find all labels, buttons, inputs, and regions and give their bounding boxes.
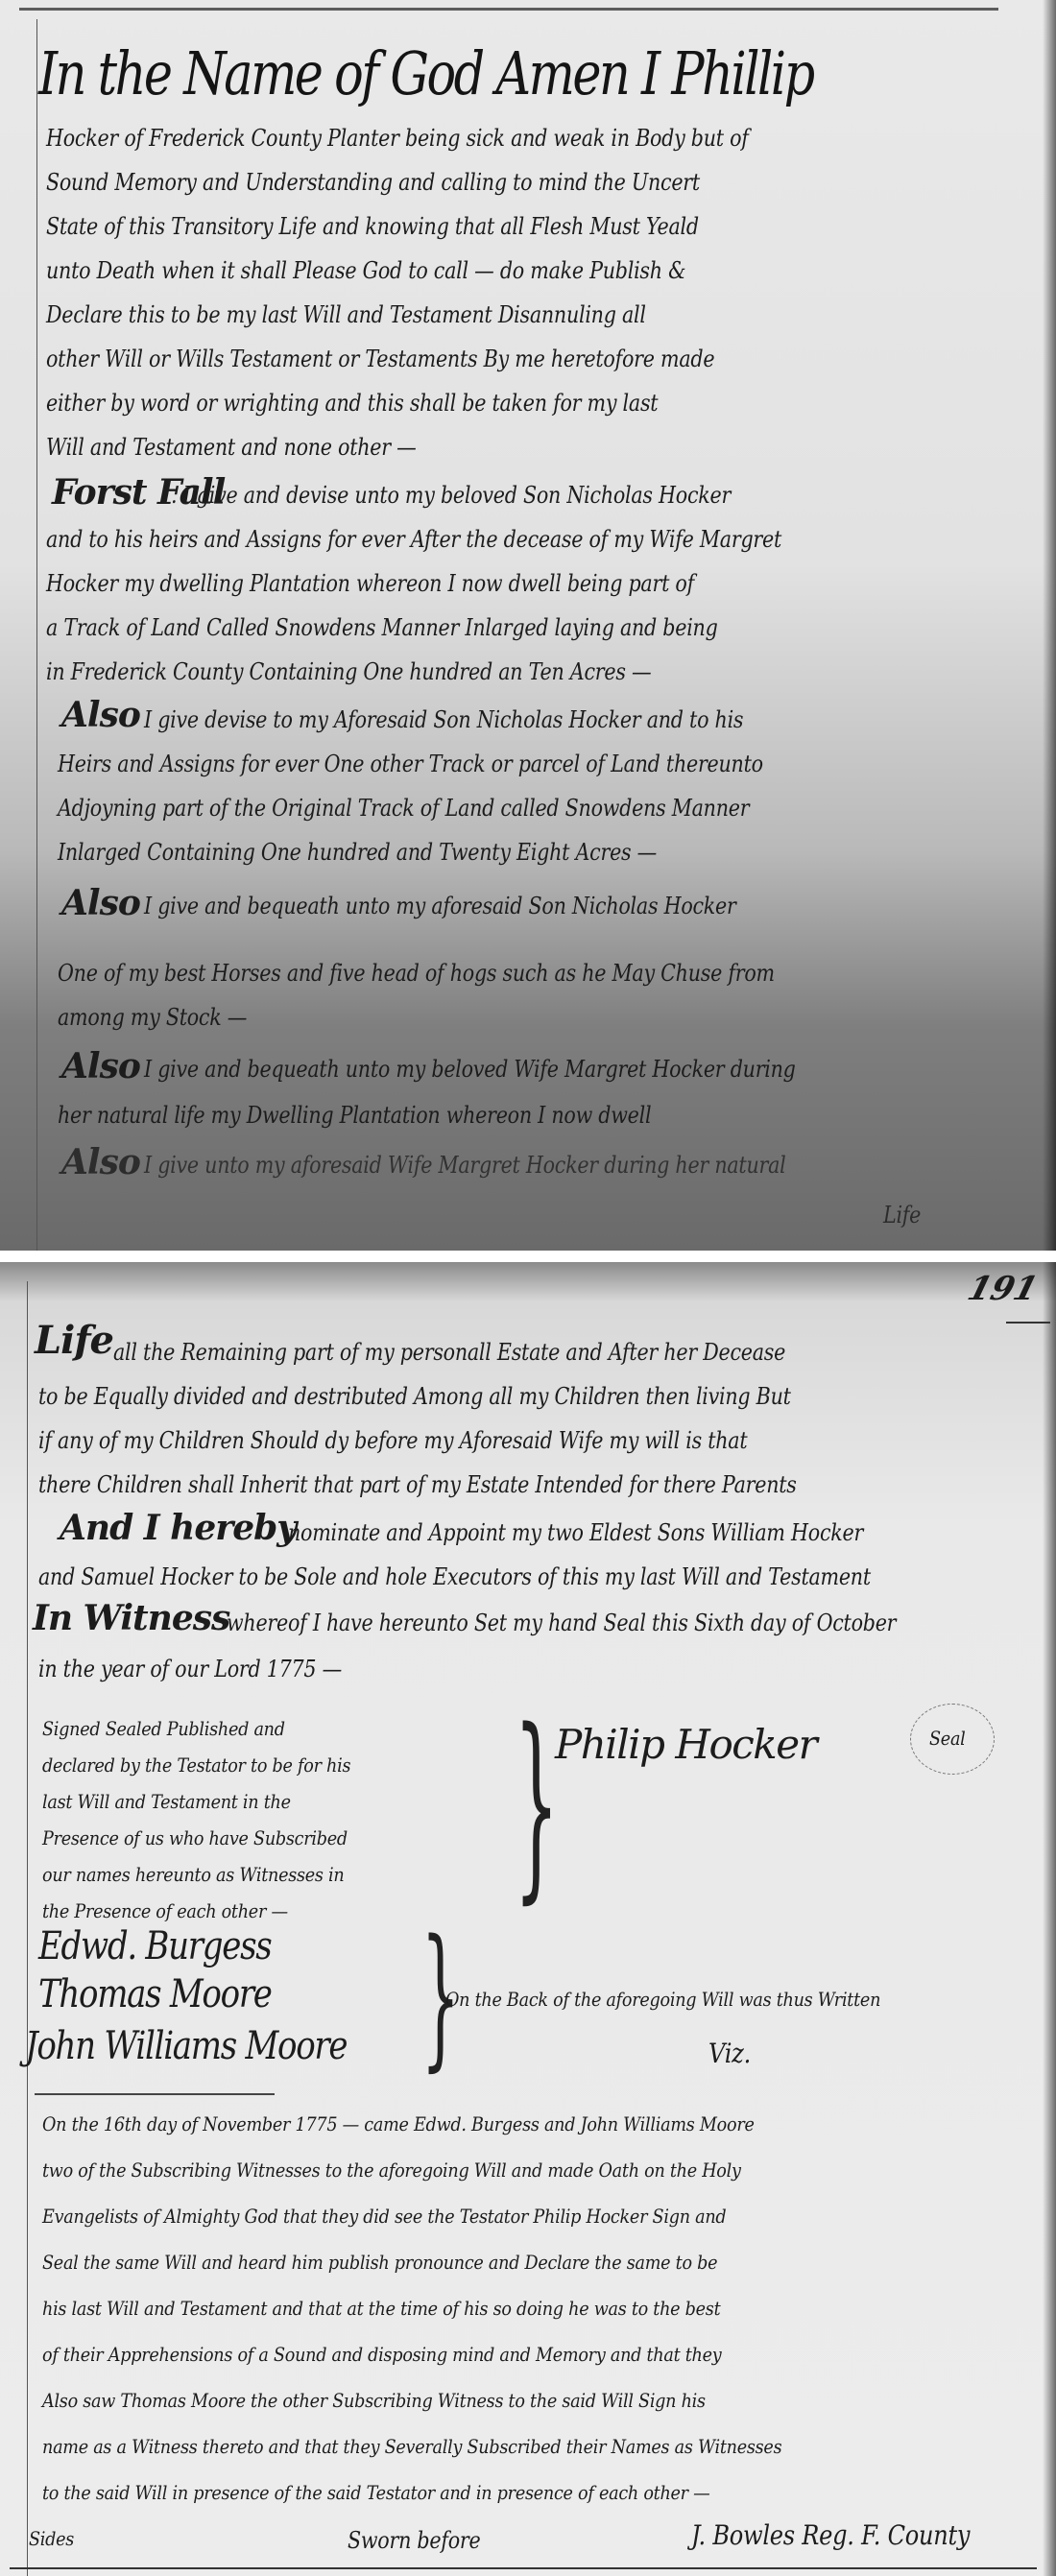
text-line: all the Remaining part of my personall E… [113, 1339, 785, 1366]
seal-label: Seal [929, 1727, 966, 1750]
separator-flourish [35, 2093, 275, 2095]
text-line: . I give and devise unto my beloved Son … [171, 482, 731, 509]
text-line: One of my best Horses and five head of h… [58, 960, 775, 987]
probate-line: of their Apprehensions of a Sound and di… [42, 2343, 721, 2366]
attestation-line: declared by the Testator to be for his [42, 1753, 350, 1777]
margin-rule [36, 19, 37, 1251]
probate-line: name as a Witness thereto and that they … [42, 2435, 781, 2458]
bottom-rule [10, 2567, 1037, 2569]
section-label-hereby: And I hereby [60, 1508, 296, 1548]
text-line: nominate and Appoint my two Eldest Sons … [288, 1519, 863, 1546]
text-line: I give unto my aforesaid Wife Margret Ho… [144, 1152, 785, 1179]
text-line: Will and Testament and none other — [46, 434, 417, 461]
text-line: I give devise to my Aforesaid Son Nichol… [144, 706, 743, 733]
will-heading: In the Name of God Amen I Phillip [38, 38, 813, 108]
text-line: in the year of our Lord 1775 — [38, 1656, 342, 1682]
text-line: Hocker my dwelling Plantation whereon I … [46, 570, 694, 597]
registrar-signature: J. Bowles Reg. F. County [691, 2519, 970, 2551]
text-line: in Frederick County Containing One hundr… [46, 658, 651, 685]
text-line: Sound Memory and Understanding and calli… [46, 169, 700, 196]
text-line: I give and bequeath unto my aforesaid So… [144, 893, 736, 919]
sides-note: Sides [29, 2527, 74, 2550]
section-label-also: Also [61, 695, 140, 735]
attestation-line: Signed Sealed Published and [42, 1717, 285, 1740]
attestation-line: the Presence of each other — [42, 1899, 288, 1922]
text-line: there Children shall Inherit that part o… [38, 1471, 797, 1498]
text-line: whereof I have hereunto Set my hand Seal… [227, 1610, 896, 1636]
probate-line: On the 16th day of November 1775 — came … [42, 2112, 755, 2135]
text-line: to be Equally divided and destributed Am… [38, 1383, 791, 1410]
attestation-line: Presence of us who have Subscribed [42, 1826, 348, 1849]
page-edge-shadow [1043, 1262, 1056, 2576]
text-line: State of this Transitory Life and knowin… [46, 213, 699, 240]
section-label-also: Also [61, 883, 140, 923]
testator-signature: Philip Hocker [555, 1721, 816, 1768]
text-line: Adjoyning part of the Original Track of … [58, 795, 749, 822]
manuscript-page-2: 191 Life all the Remaining part of my pe… [0, 1262, 1056, 2576]
probate-line: Also saw Thomas Moore the other Subscrib… [42, 2389, 706, 2412]
page-number-underline [1006, 1322, 1050, 1324]
witness-signature: Thomas Moore [38, 1972, 272, 2016]
probate-line: Evangelists of Almighty God that they di… [42, 2205, 726, 2228]
attestation-brace: } [514, 1704, 559, 1905]
text-line: Heirs and Assigns for ever One other Tra… [58, 751, 763, 777]
section-label-also: Also [61, 1142, 140, 1182]
text-line: Declare this to be my last Will and Test… [46, 301, 646, 328]
page-number: 191 [964, 1270, 1043, 1308]
section-label-witness: In Witness [33, 1598, 229, 1638]
text-line: and Samuel Hocker to be Sole and hole Ex… [38, 1563, 871, 1590]
text-line: among my Stock — [58, 1004, 247, 1031]
catchword-life: Life [35, 1318, 113, 1363]
text-line: Inlarged Containing One hundred and Twen… [58, 839, 657, 866]
section-label-also: Also [61, 1046, 140, 1086]
manuscript-page-1: In the Name of God Amen I Phillip Hocker… [0, 0, 1056, 1251]
text-line: her natural life my Dwelling Plantation … [58, 1102, 651, 1129]
text-line: if any of my Children Should dy before m… [38, 1427, 747, 1454]
text-line: a Track of Land Called Snowdens Manner I… [46, 614, 718, 641]
text-line: Hocker of Frederick County Planter being… [46, 125, 749, 152]
sworn-before: Sworn before [348, 2527, 480, 2554]
top-rule [19, 8, 998, 11]
witness-signature: John Williams Moore [25, 2024, 347, 2068]
endorsement-viz: Viz. [708, 2038, 751, 2069]
probate-line: to the said Will in presence of the said… [42, 2481, 710, 2504]
catchword: Life [883, 1202, 921, 1228]
text-line: either by word or wrighting and this sha… [46, 390, 658, 417]
witness-signature: Edwd. Burgess [38, 1924, 271, 1968]
attestation-line: last Will and Testament in the [42, 1790, 291, 1813]
text-line: unto Death when it shall Please God to c… [46, 257, 685, 284]
text-line: and to his heirs and Assigns for ever Af… [46, 526, 781, 553]
probate-line: Seal the same Will and heard him publish… [42, 2251, 717, 2274]
text-line: other Will or Wills Testament or Testame… [46, 346, 714, 372]
margin-rule [27, 1281, 28, 2576]
probate-line: his last Will and Testament and that at … [42, 2297, 720, 2320]
page-edge-shadow [1043, 0, 1056, 1251]
probate-line: two of the Subscribing Witnesses to the … [42, 2159, 741, 2182]
text-line: I give and bequeath unto my beloved Wife… [144, 1056, 796, 1083]
attestation-line: our names hereunto as Witnesses in [42, 1863, 344, 1886]
endorsement-text: On the Back of the aforegoing Will was t… [445, 1988, 880, 2011]
